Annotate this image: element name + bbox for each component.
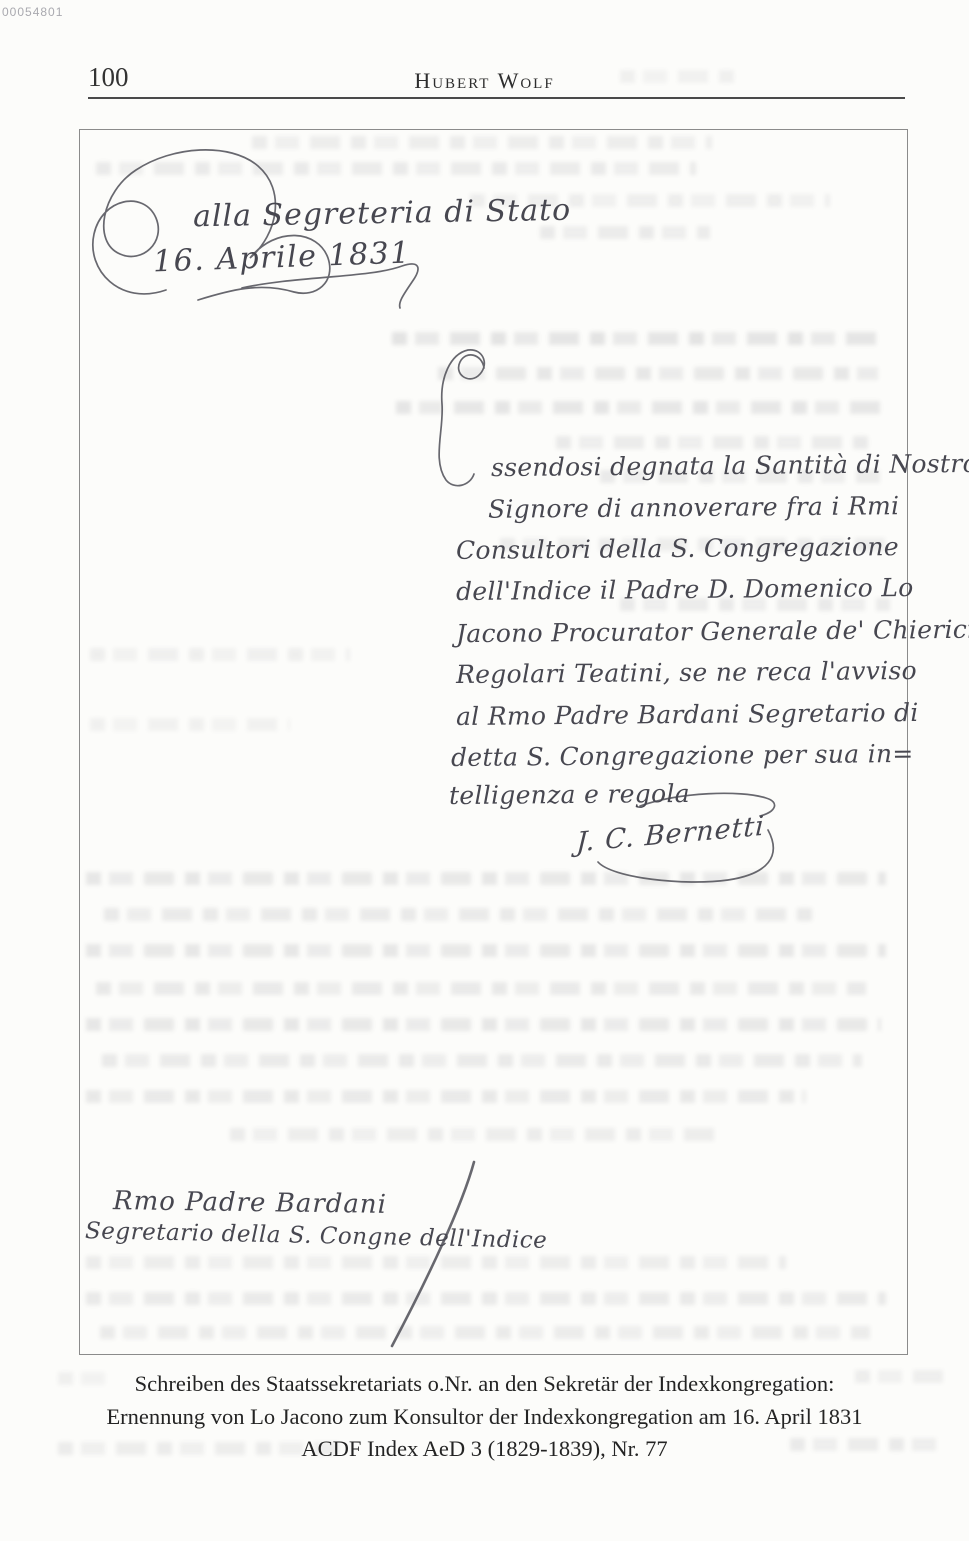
facsimile-box: D alla Segreteria di Stato 16. Aprile 18… — [79, 129, 908, 1355]
body-line: Jacono Procurator Generale de' Chierici — [456, 615, 969, 649]
body-line: Consultori della S. Congregazione — [456, 532, 899, 565]
body-line: telligenza e regola — [449, 779, 690, 810]
body-line: Regolari Teatini, se ne reca l'avviso — [456, 656, 917, 689]
body-line: ssendosi degnata la Santità di Nostro — [491, 449, 969, 482]
body-line: dell'Indice il Padre D. Domenico Lo — [456, 573, 914, 606]
letterhead-line: alla Segreteria di Stato — [193, 193, 572, 235]
caption-line-3: ACDF Index AeD 3 (1829-1839), Nr. 77 — [0, 1433, 969, 1466]
body-line: detta S. Congregazione per sua in= — [451, 739, 914, 772]
figure-caption: Schreiben des Staatssekretariats o.Nr. a… — [0, 1368, 969, 1466]
address-line: Rmo Padre Bardani — [113, 1186, 387, 1220]
caption-line-2: Ernennung von Lo Jacono zum Konsultor de… — [0, 1401, 969, 1434]
book-page: 00054801 100 Hubert Wolf — [0, 0, 969, 1541]
ornate-initial-e — [439, 350, 484, 486]
body-line: Signore di annoverare fra i Rmi — [488, 491, 900, 524]
caption-line-1: Schreiben des Staatssekretariats o.Nr. a… — [0, 1368, 969, 1401]
body-line: al Rmo Padre Bardani Segretario di — [456, 698, 919, 731]
header-rule — [88, 97, 905, 99]
running-title: Hubert Wolf — [0, 68, 969, 94]
scan-number: 00054801 — [2, 5, 63, 19]
address-pen-slash — [392, 1162, 474, 1346]
